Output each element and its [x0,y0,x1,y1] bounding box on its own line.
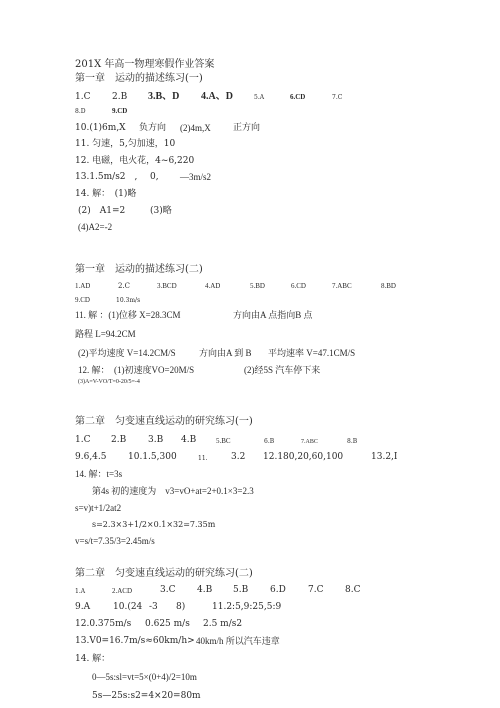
answer: 1.C [75,436,90,445]
answer-q14-s3-5: v=s/t=7.35/3=2.45m/s [75,537,155,546]
answer: 5.BD [250,283,265,290]
answer-q14-s3-2: 第4s 初的速度为 v3=vO+at=2+0.1×3=2.3 [92,487,254,496]
answer: 4.A、D [201,92,233,102]
answer: 9.6,4.5 [75,453,107,462]
answer-part: 0.625 m/s [145,620,190,629]
answer: 12.180,20,60,100 [263,453,343,462]
answer-part: 平均速率 V=47.1CM/S [268,349,355,358]
answer: 10.(24 [113,603,142,612]
answer: 5.BC [216,438,231,445]
answer-q14-s3-3: s=v)t+1/2at2 [75,504,121,513]
answer: 11.2:5,9:25,5:9 [212,603,281,612]
answer: 8.BD [381,283,396,290]
answer: 5.A [254,95,264,101]
answer: 2.ACD [112,588,132,595]
answer: 9.CD [112,108,127,115]
answer-part: 12. 解： (1)初速度VO=20M/S [78,366,194,375]
answer: 2.C [118,283,130,290]
answer-part: 负方向 [139,124,166,133]
answer-part: 10.(1)6m,X [75,124,126,133]
answer: 6.D [270,586,286,595]
answer-part: (2)4m,X [180,124,211,133]
answer: 3.B [148,436,163,445]
section-heading-2: 第一章 运动的描述练习(二) [75,265,203,275]
answer: 4.B [181,436,196,445]
answer: 8.B [347,439,357,445]
answer: 10.1.5,300 [128,453,177,462]
answer: 3.BCD [157,283,177,290]
answer: 3.B、D [148,92,179,102]
answer: 1.AD [75,283,90,290]
answer: 8.C [345,586,360,595]
answer: 6.CD [290,94,305,101]
answer-part: 方向由A 点指向B 点 [233,311,313,320]
answer: 6.B [264,439,274,445]
document-title: 201X 年高一物理寒假作业答案 [75,60,214,70]
answer-q14-s3: 14. 解：t=3s [75,470,122,479]
answer-part: 正方向 [233,124,260,133]
answer-part: (2)经5S 汽车停下来 [244,366,320,375]
answer: -3 [149,603,158,612]
answer-part: 11. 解 ：(1)位移 X=28.3CM [75,311,181,320]
answer-part: 0, [150,173,159,182]
answer-q12-s1: 12. 电磁，电火花，4~6,220 [75,157,194,166]
answer: 10.3m/s [116,298,140,304]
answer-part: —3m/s2 [180,173,211,182]
answer-q14-s4-3: 5s—25s:s2=4×20=80m [92,692,201,701]
answer-part: 13.1.5m/s2 , [75,173,137,182]
section-heading-1: 第一章 运动的描述练习(一) [75,74,203,84]
answer-part: (3)略 [150,207,172,216]
answer-q11-s1: 11. 匀速，5,匀加速，10 [75,140,175,149]
answer: 9.A [75,603,90,612]
answer-q14-s4-2: 0—5s:sl=vt=5×(0+4)/2=10m [92,673,197,682]
answer-q14-s3-4: s=2.3×3+1/2×0.1×32=7.35m [92,521,215,529]
answer: 5.B [233,586,248,595]
answer-part: 40km/h 所以汽车违章 [196,637,280,646]
answer-q12-s2-3: (3)A=V-VO/T=0-20/5=-4 [78,379,140,385]
answer: 2.B [112,93,127,102]
answer-part: 2.5 m/s2 [203,620,242,629]
answer: 4.AD [205,283,220,290]
answer: 3.C [160,586,175,595]
answer: 7.C [332,95,342,101]
answer-part: 方向由A 到 B [199,349,252,358]
answer-q14-s1-4: (4)A2=-2 [78,223,112,232]
answer: 1.C [75,93,90,102]
answer: 3.2 [231,453,245,462]
answer: 7.ABC [301,439,318,445]
answer-q14-s4: 14. 解： [75,655,110,664]
answer-part: 13.V0=16.7m/s≈60km/h> [75,637,195,646]
answer: 8.D [75,109,86,115]
answer: 1.A [75,589,85,595]
section-heading-4: 第二章 匀变速直线运动的研究练习(二) [75,569,253,579]
section-heading-3: 第二章 匀变速直线运动的研究练习(一) [75,417,253,427]
answer: 2.B [111,436,126,445]
answer-part: (2) A1=2 [78,207,125,216]
answer-part: (2)平均速度 V=14.2CM/S [78,349,176,358]
answer-q11-s2-path: 路程 L=94.2CM [75,330,136,339]
answer: 9.CD [75,297,90,304]
answer: 13.2,I [371,453,397,462]
answer-part: 12.0.375m/s [75,620,131,629]
answer: 4.B [197,586,212,595]
answer: 7.C [308,586,323,595]
answer: 7.ABC [332,283,352,290]
answer: 11. [198,456,208,462]
answer: 8) [176,603,185,612]
answer: 6.CD [291,283,306,290]
answer-q14-s1: 14. 解： (1)略 [75,190,136,199]
